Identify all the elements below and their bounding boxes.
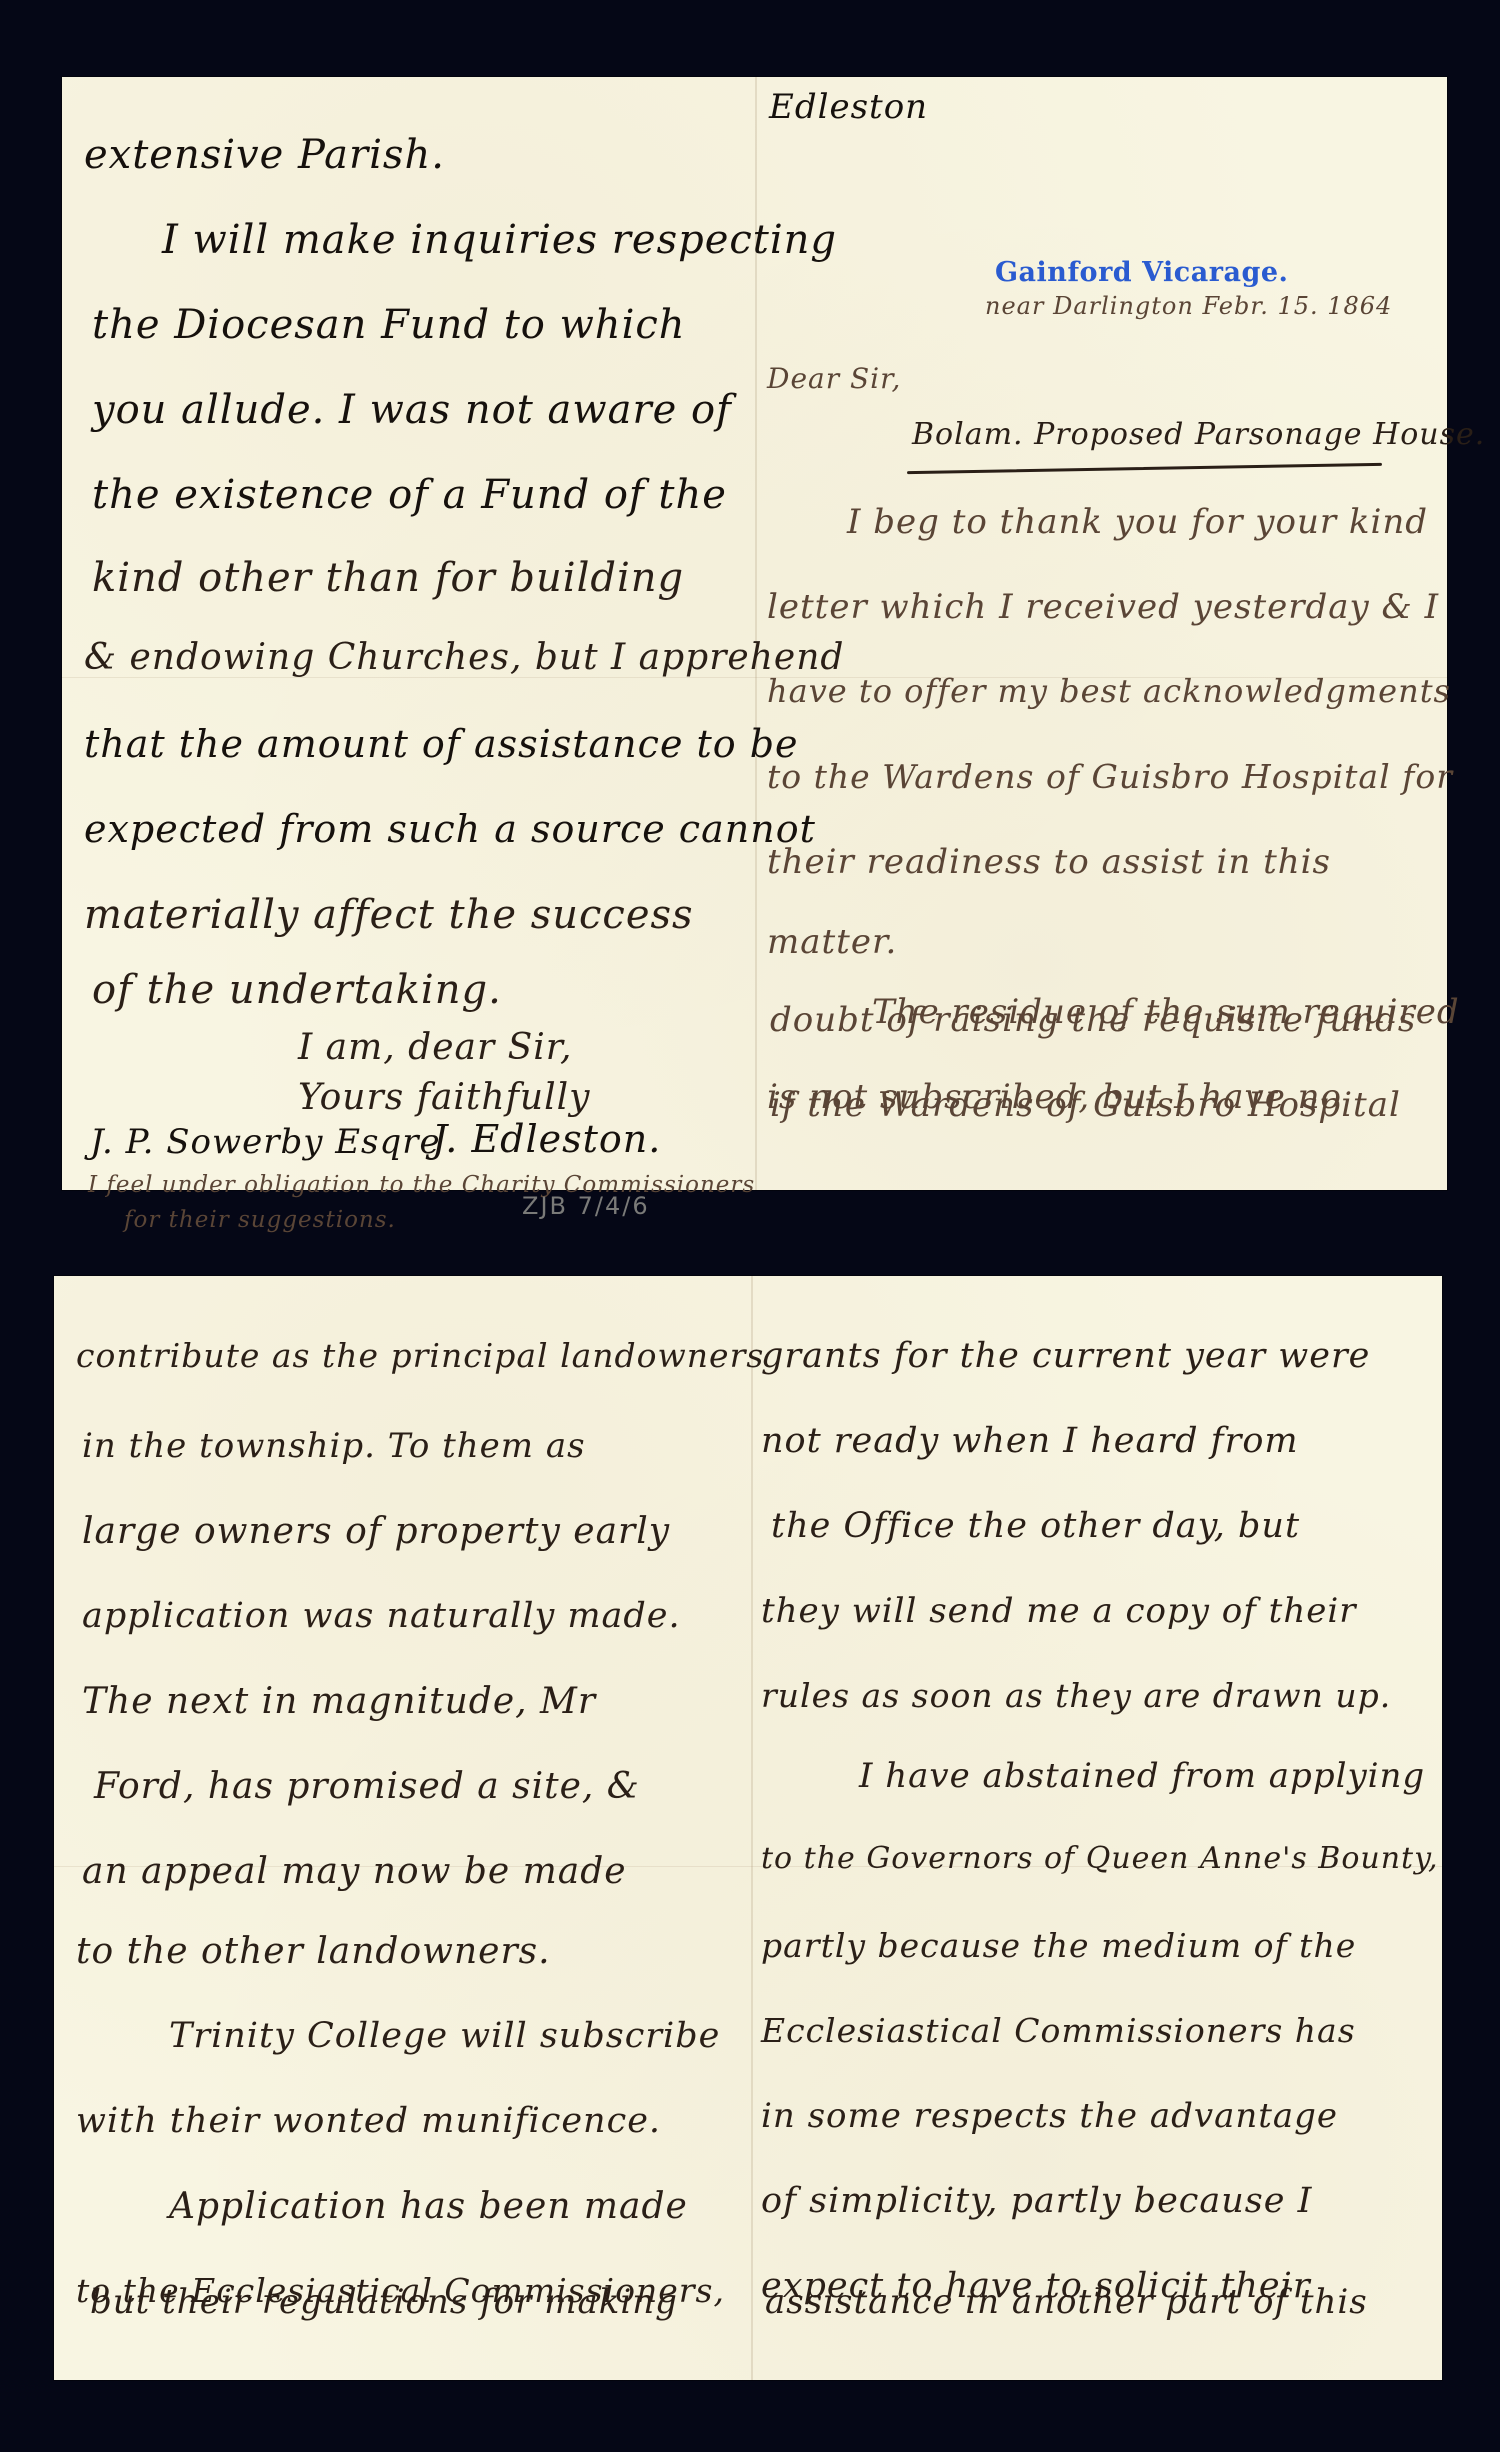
text-line: they will send me a copy of their [761,1591,1356,1631]
page-left-top: extensive Parish. I will make inquiries … [62,77,755,1190]
salutation: Dear Sir, [767,362,901,395]
text-line: Application has been made [169,2186,688,2227]
closing-line: I am, dear Sir, [298,1027,573,1068]
postscript-line: for their suggestions. [124,1207,396,1233]
text-line: that the amount of assistance to be [84,722,799,766]
text-line: the Diocesan Fund to which [92,302,686,348]
text-line: you allude. I was not aware of [92,387,732,433]
text-line: their readiness to assist in this [767,842,1331,882]
text-line: The next in magnitude, Mr [82,1681,596,1722]
postscript-line: I feel under obligation to the Charity C… [88,1172,755,1198]
sender-note: Edleston [769,87,928,127]
page-right-bottom: grants for the current year were not rea… [749,1276,1442,2380]
text-line: contribute as the principal landowners [76,1336,764,1375]
text-line: in some respects the advantage [761,2096,1338,2136]
archive-reference: ZJB 7/4/6 [522,1192,650,1220]
text-line: but their regulations for making [90,2282,678,2322]
text-line: the Office the other day, but [771,1506,1300,1546]
text-line: doubt of raising the requisite funds [770,1000,1416,1040]
text-line: partly because the medium of the [761,1926,1356,1965]
text-line: have to offer my best acknowledgments [767,672,1451,710]
text-line: materially affect the success [84,892,694,938]
text-line: in the township. To them as [82,1426,586,1466]
letter-sheet-bottom: contribute as the principal landowners i… [54,1276,1442,2380]
page-left-bottom: contribute as the principal landowners i… [54,1276,747,2380]
signature: J. Edleston. [432,1117,661,1161]
text-line: application was naturally made. [82,1596,681,1636]
text-line: assistance in another part of this [765,2282,1368,2322]
addressee: J. P. Sowerby Esqre [90,1122,441,1162]
text-line: Ford, has promised a site, & [94,1766,640,1807]
text-line: letter which I received yesterday & I [767,587,1439,627]
text-line: to the Wardens of Guisbro Hospital for [767,757,1453,796]
text-line: & endowing Churches, but I apprehend [84,637,844,678]
text-line: if the Wardens of Guisbro Hospital [770,1085,1401,1125]
text-line: of simplicity, partly because I [761,2181,1312,2221]
text-line: to the Governors of Queen Anne's Bounty, [761,1841,1439,1876]
closing-line: Yours faithfully [298,1077,590,1118]
text-line: with their wonted munificence. [76,2101,661,2141]
text-line: rules as soon as they are drawn up. [761,1676,1391,1715]
letterhead: Gainford Vicarage. [995,257,1288,288]
text-line: an appeal may now be made [82,1851,627,1892]
place-date: near Darlington Febr. 15. 1864 [985,292,1392,320]
text-line: the existence of a Fund of the [92,472,727,518]
text-line: I will make inquiries respecting [162,217,837,263]
text-line: extensive Parish. [84,132,445,178]
text-line: expected from such a source cannot [84,807,816,851]
text-line: matter. [767,922,897,962]
text-line: kind other than for building [92,555,684,601]
text-line: of the undertaking. [92,967,502,1013]
text-line: to the other landowners. [76,1931,551,1972]
text-line: I have abstained from applying [859,1756,1425,1796]
subject-underline [907,463,1382,474]
text-line: Ecclesiastical Commissioners has [761,2011,1356,2050]
text-line: large owners of property early [82,1511,670,1552]
text-line: I beg to thank you for your kind [847,502,1428,542]
subject-line: Bolam. Proposed Parsonage House. [912,417,1485,452]
text-line: grants for the current year were [761,1336,1370,1376]
text-line: not ready when I heard from [761,1421,1299,1461]
text-line: Trinity College will subscribe [169,2016,720,2056]
